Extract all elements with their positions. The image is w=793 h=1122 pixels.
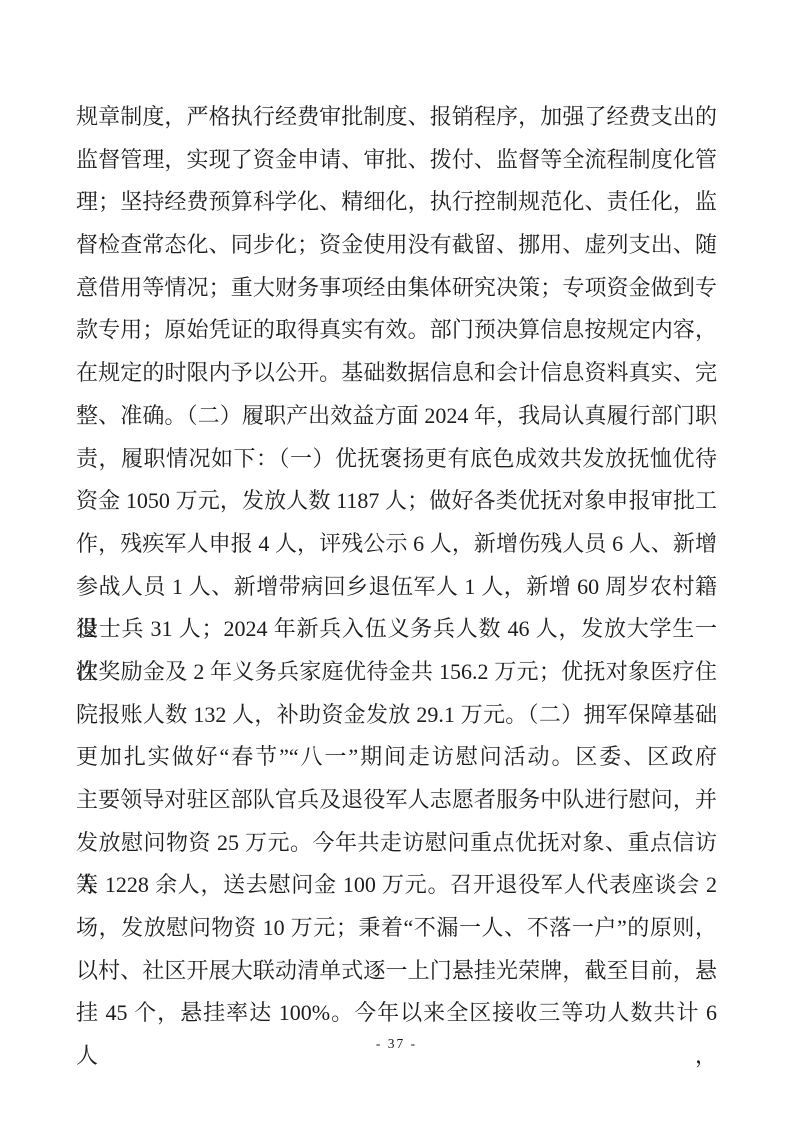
text-line: 主要领导对驻区部队官兵及退役军人志愿者服务中队进行慰问，并 xyxy=(76,779,717,822)
text-line: 役士兵 31 人；2024 年新兵入伍义务兵人数 46 人，发放大学生一次 xyxy=(76,608,717,651)
text-line: 发放慰问物资 25 万元。今年共走访慰问重点优抚对象、重点信访人 xyxy=(76,822,717,865)
body-text: 规章制度，严格执行经费审批制度、报销程序，加强了经费支出的 监督管理，实现了资金… xyxy=(76,96,717,1035)
text-line: 规章制度，严格执行经费审批制度、报销程序，加强了经费支出的 xyxy=(76,96,717,139)
text-line: 责，履职情况如下：（一）优抚褒扬更有底色成效共发放抚恤优待 xyxy=(76,438,717,481)
text-line: 更加扎实做好“春节”“八一”期间走访慰问活动。区委、区政府 xyxy=(76,736,717,779)
text-line: 性奖励金及 2 年义务兵家庭优待金共 156.2 万元；优抚对象医疗住 xyxy=(76,651,717,694)
text-line: 意借用等情况；重大财务事项经由集体研究决策；专项资金做到专 xyxy=(76,267,717,310)
text-line: 资金 1050 万元，发放人数 1187 人；做好各类优抚对象申报审批工 xyxy=(76,480,717,523)
text-line: 场，发放慰问物资 10 万元；秉着“不漏一人、不落一户”的原则， xyxy=(76,907,717,950)
text-line: 督检查常态化、同步化；资金使用没有截留、挪用、虚列支出、随 xyxy=(76,224,717,267)
text-line: 监督管理，实现了资金申请、审批、拨付、监督等全流程制度化管 xyxy=(76,139,717,182)
text-line: 作，残疾军人申报 4 人，评残公示 6 人，新增伤残人员 6 人、新增 xyxy=(76,523,717,566)
text-line: 整、准确。（二）履职产出效益方面 2024 年，我局认真履行部门职 xyxy=(76,395,717,438)
text-line: 理；坚持经费预算科学化、精细化，执行控制规范化、责任化，监 xyxy=(76,181,717,224)
page-number: - 37 - xyxy=(0,1034,793,1054)
text-line: 款专用；原始凭证的取得真实有效。部门预决算信息按规定内容， xyxy=(76,309,717,352)
text-line: 在规定的时限内予以公开。基础数据信息和会计信息资料真实、完 xyxy=(76,352,717,395)
document-page: 规章制度，严格执行经费审批制度、报销程序，加强了经费支出的 监督管理，实现了资金… xyxy=(0,0,793,1122)
text-line: 院报账人数 132 人，补助资金发放 29.1 万元。（二）拥军保障基础 xyxy=(76,694,717,737)
text-line: 挂 45 个，悬挂率达 100%。今年以来全区接收三等功人数共计 6 人， xyxy=(76,992,717,1035)
text-line: 参战人员 1 人、新增带病回乡退伍军人 1 人，新增 60 周岁农村籍退 xyxy=(76,566,717,609)
text-line: 等 1228 余人，送去慰问金 100 万元。召开退役军人代表座谈会 2 xyxy=(76,864,717,907)
text-line: 以村、社区开展大联动清单式逐一上门悬挂光荣牌，截至目前，悬 xyxy=(76,950,717,993)
